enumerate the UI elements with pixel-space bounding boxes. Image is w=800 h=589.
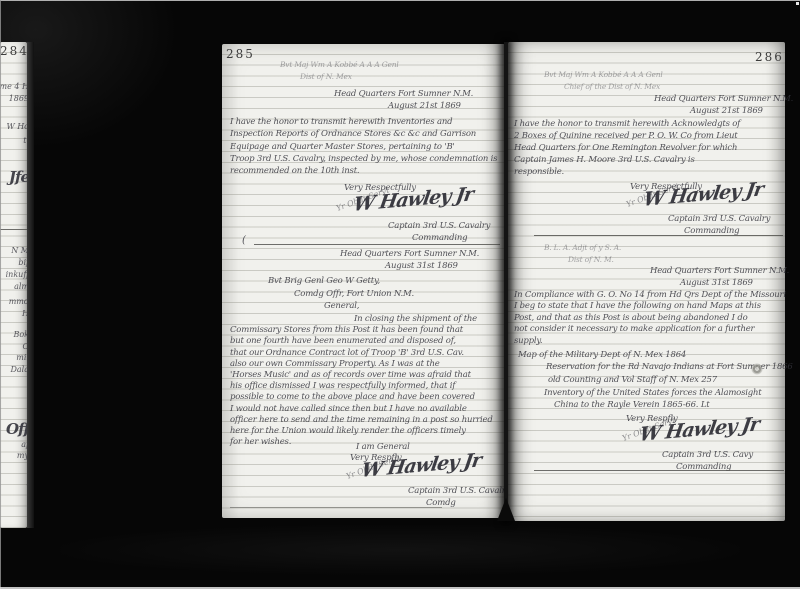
letter1-addressee-line1: Bvt Maj Wm A Kobbé A A A Genl bbox=[280, 60, 399, 69]
list-line: Inventory of the United States forces th… bbox=[544, 388, 762, 398]
entry-divider bbox=[230, 507, 442, 508]
body-line: possible to come to the above place and … bbox=[230, 392, 504, 403]
page-285: 285 Bvt Maj Wm A Kobbé A A A Genl Dist o… bbox=[222, 44, 505, 518]
body-line: I would not have called since then but I… bbox=[230, 404, 504, 415]
body-line: Troop 3rd U.S. Cavalry, inspected by me,… bbox=[230, 153, 502, 165]
scan-haze-bottom bbox=[60, 525, 740, 575]
entry-divider bbox=[0, 229, 27, 230]
scan-edge-top bbox=[0, 0, 800, 1]
list-line: Map of the Military Dept of N. Mex 1864 bbox=[518, 350, 686, 360]
body-line: supply. bbox=[514, 336, 782, 347]
letter2-salutation: General, bbox=[324, 301, 359, 311]
scan-edge-speck bbox=[796, 2, 799, 5]
body-line: not consider it necessary to make applic… bbox=[514, 324, 782, 335]
scan-edge-left bbox=[0, 0, 1, 589]
page-284-shadow-strip bbox=[27, 42, 34, 528]
book-gutter-wedge bbox=[497, 498, 515, 521]
page-number-284: 284 bbox=[0, 44, 27, 58]
handwriting-fragment: mmd bbox=[9, 297, 27, 306]
handwriting-fragment: my bbox=[17, 451, 27, 460]
body-line: responsible. bbox=[514, 166, 780, 178]
handwriting-fragment: 1869 bbox=[9, 94, 27, 103]
body-line: but one fourth have been enumerated and … bbox=[230, 336, 504, 347]
body-line: that our Ordnance Contract lot of Troop … bbox=[230, 348, 504, 359]
letter2-closing1: I am General bbox=[356, 442, 410, 452]
handwriting-fragment: Bok bbox=[13, 330, 27, 339]
letter2-heading: Head Quarters Fort Sumner N.M. bbox=[650, 266, 789, 276]
list-line: China to the Rayle Verein 1865-66. Lt bbox=[554, 400, 709, 410]
body-line: 'Horses Music' and as of records over ti… bbox=[230, 370, 504, 381]
handwriting-fragment: N M bbox=[11, 246, 27, 255]
letter2-addressee-line2: Dist of N. M. bbox=[568, 255, 614, 264]
letter2-body: In Compliance with G. O. No 14 from Hd Q… bbox=[514, 290, 782, 347]
body-line: here for the Union would likely render t… bbox=[230, 426, 504, 437]
body-line: In Compliance with G. O. No 14 from Hd Q… bbox=[514, 290, 782, 301]
body-line: Commissary Stores from this Post it has … bbox=[230, 325, 504, 336]
letter1-date: August 21st 1869 bbox=[388, 101, 461, 111]
letter2-addressee-line2: Comdg Offr, Fort Union N.M. bbox=[294, 289, 414, 299]
body-line: Post, and that as this Post is about bei… bbox=[514, 313, 782, 324]
letter1-addressee-line2: Chief of the Dist of N. Mex bbox=[564, 82, 660, 91]
letter1-addressee-line1: Bvt Maj Wm A Kobbé A A A Genl bbox=[544, 70, 663, 79]
letter1-date: August 21st 1869 bbox=[690, 106, 763, 116]
page-286: 286 Bvt Maj Wm A Kobbé A A A Genl Chief … bbox=[508, 42, 785, 521]
letter-divider bbox=[534, 235, 783, 236]
body-line: Captain James H. Moore 3rd U.S. Cavalry … bbox=[514, 154, 780, 166]
handwriting-fragment: Off bbox=[6, 420, 27, 438]
letter2-addressee-line1: Bvt Brig Genl Geo W Getty, bbox=[268, 276, 380, 286]
body-line: Inspection Reports of Ordnance Stores &c… bbox=[230, 128, 502, 140]
body-line: I have the honor to transmit herewith In… bbox=[230, 116, 502, 128]
letter2-date: August 31st 1869 bbox=[680, 278, 753, 288]
handwriting-fragment: me 4 H bbox=[0, 82, 27, 91]
letter1-signature-role: Commanding bbox=[412, 233, 467, 243]
letter1-heading: Head Quarters Fort Sumner N.M. bbox=[654, 94, 793, 104]
body-line: Head Quarters for One Remington Revolver… bbox=[514, 142, 780, 154]
body-line: 2 Boxes of Quinine received per P. O. W.… bbox=[514, 130, 780, 142]
handwriting-fragment: alm bbox=[14, 282, 27, 291]
embossed-stamp-icon bbox=[752, 364, 762, 374]
letter1-signature-title: Captain 3rd U.S. Cavalry bbox=[388, 221, 490, 231]
letter-divider bbox=[254, 244, 500, 245]
body-line: I beg to state that I have the following… bbox=[514, 301, 782, 312]
handwriting-fragment: W Ho bbox=[6, 122, 27, 131]
handwriting-fragment: Jfe bbox=[9, 168, 27, 186]
letter2-signature-title: Captain 3rd U.S. Cavy bbox=[662, 450, 753, 460]
page-number-286: 286 bbox=[755, 50, 784, 64]
letter1-signature-title: Captain 3rd U.S. Cavalry bbox=[668, 214, 770, 224]
letter2-body: In closing the shipment of the Commissar… bbox=[230, 314, 504, 448]
letter1-body: I have the honor to transmit herewith In… bbox=[230, 116, 502, 177]
page-284-edge: 284 me 4 H 1869 W Ho t. Jfe N M bif inku… bbox=[0, 42, 27, 528]
letter1-addressee-line2: Dist of N. Mex bbox=[300, 72, 352, 81]
list-line: old Counting and Vol Staff of N. Mex 257 bbox=[548, 375, 717, 385]
body-line: his office dismissed I was respectfully … bbox=[230, 381, 504, 392]
handwriting-fragment: mil bbox=[16, 353, 27, 362]
letter2-signature-title: Captain 3rd U.S. Cavalry bbox=[408, 486, 510, 496]
book-gutter-shadow bbox=[504, 42, 508, 521]
letter2-heading: Head Quarters Fort Sumner N.M. bbox=[340, 249, 479, 259]
letter1-body: I have the honor to transmit herewith Ac… bbox=[514, 118, 780, 178]
page-number-285: 285 bbox=[226, 47, 255, 61]
letter1-heading: Head Quarters Fort Sumner N.M. bbox=[334, 89, 473, 99]
body-line: I have the honor to transmit herewith Ac… bbox=[514, 118, 780, 130]
handwriting-fragment: Dala bbox=[10, 365, 27, 374]
letter2-addressee-line1: B. L. A. Adjt of y S. A. bbox=[544, 243, 621, 252]
microfilm-scan: { "colors": { "paper": "#f1f1ed", "ink":… bbox=[0, 0, 800, 589]
handwriting-fragment: bif bbox=[18, 258, 27, 267]
letter2-date: August 31st 1869 bbox=[385, 261, 458, 271]
body-line: officer here to send and the time remain… bbox=[230, 415, 504, 426]
margin-mark: ( bbox=[242, 235, 246, 246]
entry-divider bbox=[534, 470, 784, 471]
body-line: also our own Commissary Property. As I w… bbox=[230, 359, 504, 370]
handwriting-fragment: inkuff bbox=[6, 270, 27, 279]
body-line: recommended on the 10th inst. bbox=[230, 165, 502, 177]
body-line: In closing the shipment of the bbox=[230, 314, 504, 325]
body-line: Equipage and Quarter Master Stores, pert… bbox=[230, 141, 502, 153]
